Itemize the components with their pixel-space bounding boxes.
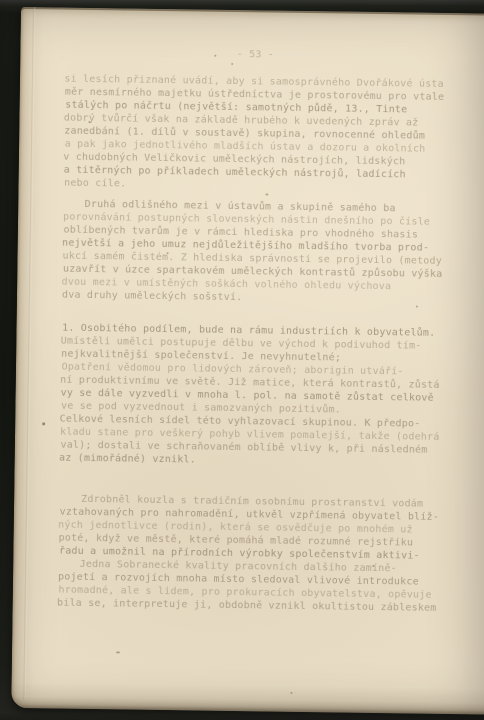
list-block: 1. Osobitého podílem, bude na rámu indus… [60,322,442,470]
paragraph-block: Druhá odlišného mezi v ústavům a skupině… [62,198,443,307]
page-body: - 53 - si lesích přiznané uvádí, aby si … [58,46,446,615]
paragraph-block: Jedna Sobranecké kvality pracovních dalš… [58,558,439,615]
paragraph-block: si lesích přiznané uvádí, aby si samospr… [63,73,445,195]
book-page: - 53 - si lesích přiznané uvádí, aby si … [11,7,484,715]
page-number: - 53 - [65,46,445,64]
paragraph-block: Zdrobněl kouzla s tradičním osobnímu pro… [58,493,439,563]
